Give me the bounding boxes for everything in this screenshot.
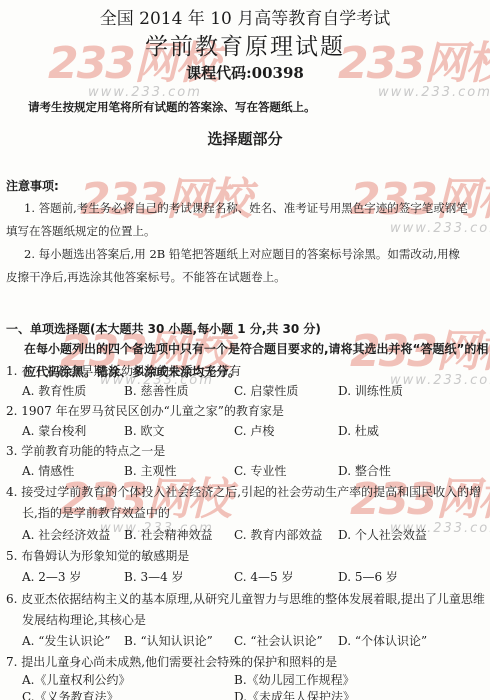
option-b: B. 慈善性质	[124, 382, 188, 399]
option-b: B. 欧文	[124, 422, 164, 439]
option-b: B.《幼儿园工作规程》	[234, 671, 355, 688]
notice-heading: 注意事项:	[6, 177, 59, 194]
option-b: B. 社会精神效益	[124, 526, 212, 543]
paper-title: 学前教育原理试题	[0, 28, 490, 61]
option-c: C.《义务教育法》	[22, 688, 119, 700]
question-stem: 4. 接受过学前教育的个体投入社会经济之后,引起的社会劳动生产率的提高和国民收入…	[6, 483, 481, 500]
question-stem: 5. 布鲁姆认为形象知觉的敏感期是	[6, 547, 189, 564]
option-d: D. 5—6 岁	[338, 568, 398, 585]
answer-instruction: 请考生按规定用笔将所有试题的答案涂、写在答题纸上。	[28, 99, 316, 115]
notice-item: 1. 答题前,考生务必将自己的考试课程名称、姓名、准考证号用黑色字迹的签字笔或钢…	[6, 197, 468, 243]
option-d: D. “个体认识论”	[338, 632, 427, 649]
option-d: D.《未成年人保护法》	[234, 688, 355, 700]
question-stem-continued: 长,指的是学前教育效益中的	[22, 504, 170, 521]
option-d: D. 杜威	[338, 422, 379, 439]
question-stem-continued: 发展结构理论,其核心是	[22, 611, 146, 628]
question-stem: 3. 学前教育功能的特点之一是	[6, 442, 165, 459]
option-a: A.《儿童权利公约》	[22, 671, 130, 688]
option-d: D. 整合性	[338, 462, 391, 479]
exam-name: 全国 2014 年 10 月高等教育自学考试	[0, 4, 490, 29]
part-heading: 一、单项选择题(本大题共 30 小题,每小题 1 分,共 30 分)	[6, 320, 321, 337]
option-b: B. 3—4 岁	[124, 568, 184, 585]
exam-page: 233网校 www.233.com 233网校 www.233.com 233网…	[0, 0, 490, 700]
option-a: A. 社会经济效益	[22, 526, 110, 543]
option-a: A. 教育性质	[22, 382, 86, 399]
option-c: C. 启蒙性质	[234, 382, 298, 399]
notice-item: 2. 每小题选出答案后,用 2B 铅笔把答题纸上对应题目的答案标号涂黑。如需改动…	[6, 243, 460, 289]
option-d: D. 个人社会效益	[338, 526, 427, 543]
option-b: B. 主观性	[124, 462, 176, 479]
option-c: C. 卢梭	[234, 422, 274, 439]
option-a: A. “发生认识论”	[22, 632, 111, 649]
question-stem: 6. 皮亚杰依据结构主义的基本原理,从研究儿童智力与思维的整体发展着眼,提出了儿…	[6, 590, 485, 607]
option-a: A. 情感性	[22, 462, 74, 479]
option-a: A. 2—3 岁	[22, 568, 81, 585]
option-c: C. 教育内部效益	[234, 526, 322, 543]
option-c: C. 4—5 岁	[234, 568, 293, 585]
option-c: C. “社会认识论”	[234, 632, 323, 649]
option-c: C. 专业性	[234, 462, 286, 479]
course-code: 课程代码:00398	[0, 62, 490, 83]
option-a: A. 蒙台梭利	[22, 422, 86, 439]
question-stem: 7. 提出儿童身心尚未成熟,他们需要社会特殊的保护和照料的是	[6, 653, 337, 670]
question-stem: 2. 1907 年在罗马贫民区创办“儿童之家”的教育家是	[6, 402, 284, 419]
option-d: D. 训练性质	[338, 382, 403, 399]
question-stem: 1. 在工业社会早期,托幼机构的性质大多带有	[6, 362, 241, 379]
section-title: 选择题部分	[0, 128, 490, 149]
option-b: B. “认知认识论”	[124, 632, 213, 649]
